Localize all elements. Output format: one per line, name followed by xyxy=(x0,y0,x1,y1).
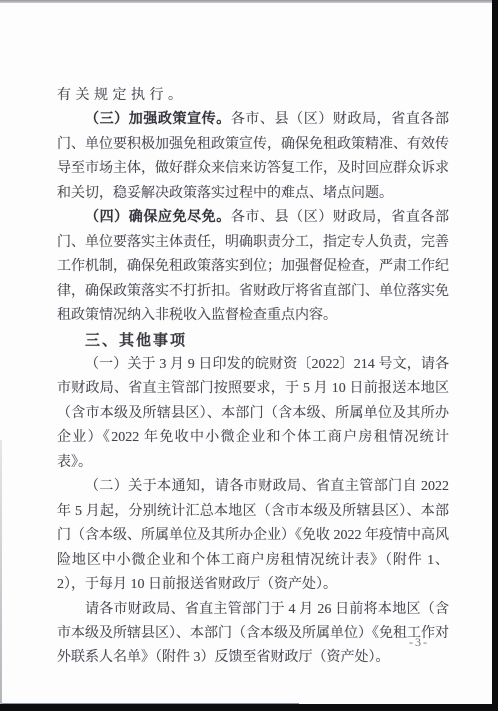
scan-edge-right xyxy=(492,0,498,711)
paragraph-section-3: （三）加强政策宣传。各市、县（区）财政局，省直各部门、单位要积极加强免租政策宣传… xyxy=(57,108,449,206)
section-4-text: 各市、县（区）财政局，省直各部门、单位要落实主体责任，明确职责分工，指定专人负责… xyxy=(57,210,449,323)
paragraph-item-2: （二）关于本通知，请各市财政局、省直主管部门自 2022 年 5 月起，分别统计… xyxy=(57,475,449,597)
paragraph-item-3: 请各市财政局、省直主管部门于 4 月 26 日前将本地区（含市本级及所辖县区）、… xyxy=(57,598,449,671)
section-4-lead: （四）确保应免尽免。 xyxy=(85,210,231,225)
section-heading-other-items: 三、其他事项 xyxy=(57,329,449,353)
document-body: 有关规定执行。 （三）加强政策宣传。各市、县（区）财政局，省直各部门、单位要积极… xyxy=(57,84,449,671)
page-number: -3- xyxy=(409,635,429,650)
section-3-lead: （三）加强政策宣传。 xyxy=(85,112,231,127)
scan-edge-top xyxy=(0,0,498,3)
scan-edge-left xyxy=(0,440,2,704)
scanned-document-page: 有关规定执行。 （三）加强政策宣传。各市、县（区）财政局，省直各部门、单位要积极… xyxy=(0,0,498,711)
scan-edge-bottom xyxy=(0,704,498,711)
paragraph-section-4: （四）确保应免尽免。各市、县（区）财政局，省直各部门、单位要落实主体责任，明确职… xyxy=(57,206,449,328)
paragraph-continuation: 有关规定执行。 xyxy=(57,84,449,108)
paragraph-item-1: （一）关于 3 月 9 日印发的皖财资〔2022〕214 号文，请各市财政局、省… xyxy=(57,353,449,475)
